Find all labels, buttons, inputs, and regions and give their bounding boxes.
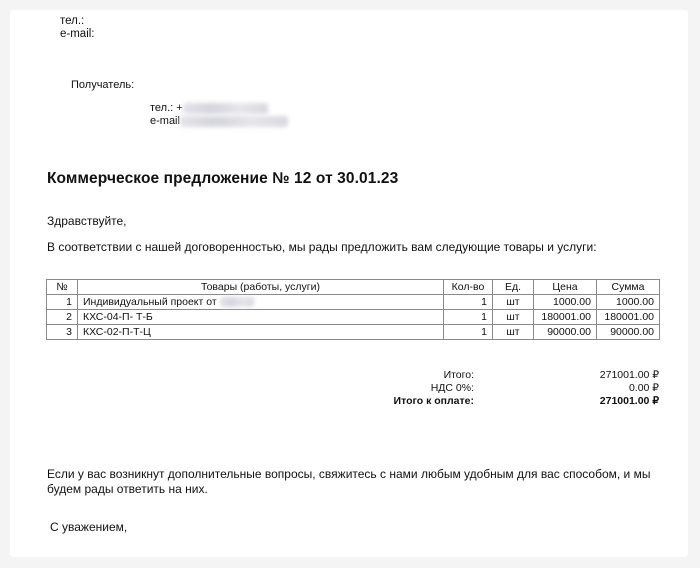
intro-text: В соответствии с нашей договоренностью, … (47, 240, 597, 254)
document-page: тел.: e-mail: Получатель: тел.: + e-mail… (10, 10, 688, 557)
table-row: 2 КХС-04-П- Т-Б 1 шт 180001.00 180001.00 (47, 310, 660, 325)
recipient-phone: тел.: + (150, 102, 268, 114)
redacted-phone (183, 103, 268, 114)
sender-email-label: e-mail: (60, 28, 95, 40)
totals-values: 271001.00 ₽ 0.00 ₽ 271001.00 ₽ (510, 369, 659, 409)
items-table: № Товары (работы, услуги) Кол-во Ед. Цен… (46, 279, 660, 340)
recipient-phone-label: тел.: + (150, 102, 183, 114)
row-name: КХС-02-П-Т-Ц (78, 325, 444, 340)
row-qty: 1 (444, 325, 493, 340)
row-qty: 1 (444, 310, 493, 325)
row-price: 1000.00 (534, 295, 597, 310)
col-header-unit: Ед. (493, 280, 534, 295)
greeting: Здравствуйте, (47, 214, 127, 228)
signoff: С уважением, (50, 520, 127, 534)
closing-text-line1: Если у вас возникнут дополнительные вопр… (47, 467, 650, 481)
table-row: 3 КХС-02-П-Т-Ц 1 шт 90000.00 90000.00 (47, 325, 660, 340)
row-name: КХС-04-П- Т-Б (78, 310, 444, 325)
col-header-qty: Кол-во (444, 280, 493, 295)
total-value: 271001.00 ₽ (600, 395, 659, 408)
table-header-row: № Товары (работы, услуги) Кол-во Ед. Цен… (47, 280, 660, 295)
totals-labels: Итого: НДС 0%: Итого к оплате: (310, 369, 474, 409)
row-number: 3 (47, 325, 78, 340)
sender-phone-label: тел.: (60, 15, 84, 27)
col-header-goods: Товары (работы, услуги) (78, 280, 444, 295)
row-price: 180001.00 (534, 310, 597, 325)
row-sum: 180001.00 (597, 310, 660, 325)
subtotal-value: 271001.00 ₽ (600, 369, 659, 382)
vat-label: НДС 0%: (431, 382, 474, 395)
document-title: Коммерческое предложение № 12 от 30.01.2… (47, 170, 398, 188)
row-price: 90000.00 (534, 325, 597, 340)
redacted-email (180, 116, 288, 127)
closing-text-line2: будем рады ответить на них. (47, 482, 208, 496)
subtotal-label: Итого: (444, 369, 474, 382)
row-name-text: Индивидуальный проект от (83, 296, 217, 308)
row-qty: 1 (444, 295, 493, 310)
vat-value: 0.00 ₽ (629, 382, 659, 395)
row-unit: шт (493, 325, 534, 340)
row-unit: шт (493, 310, 534, 325)
row-unit: шт (493, 295, 534, 310)
total-label: Итого к оплате: (394, 395, 474, 408)
row-number: 1 (47, 295, 78, 310)
row-number: 2 (47, 310, 78, 325)
col-header-number: № (47, 280, 78, 295)
col-header-sum: Сумма (597, 280, 660, 295)
recipient-email-label: e-mail (150, 115, 180, 127)
row-name: Индивидуальный проект от (78, 295, 444, 310)
col-header-price: Цена (534, 280, 597, 295)
recipient-email: e-mail (150, 115, 288, 127)
table-row: 1 Индивидуальный проект от 1 шт 1000.00 … (47, 295, 660, 310)
redacted-date (220, 297, 254, 307)
recipient-heading: Получатель: (71, 79, 134, 91)
row-sum: 1000.00 (597, 295, 660, 310)
row-sum: 90000.00 (597, 325, 660, 340)
